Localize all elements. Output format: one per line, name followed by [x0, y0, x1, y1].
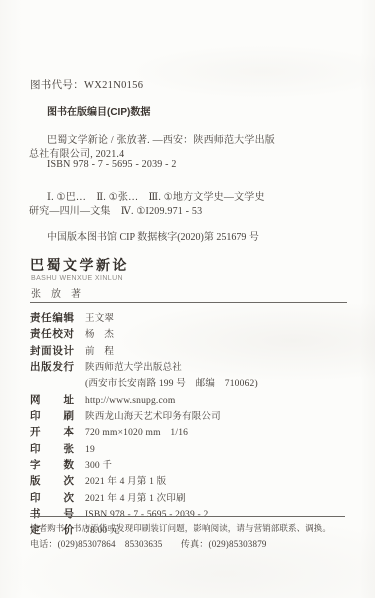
colophon-row: 网址http://www.snupg.com — [30, 392, 350, 408]
copyright-page: 图书代号：WX21N0156 图书在版编目(CIP)数据 巴蜀文学新论 / 张放… — [0, 0, 375, 598]
colophon-value: 前 程 — [85, 347, 114, 357]
colophon-value: 杨 杰 — [85, 330, 114, 340]
colophon-value: 2021 年 4 月第 1 版 — [85, 477, 166, 487]
colophon-row: 书号ISBN 978 - 7 - 5695 - 2039 - 2 — [30, 506, 350, 522]
colophon-row: 责任编辑王文翠 — [30, 310, 350, 326]
colophon-value: 720 mm×1020 mm 1/16 — [85, 428, 188, 438]
colophon-list: 责任编辑王文翠 责任校对杨 杰 封面设计前 程 出版发行陕西师范大学出版总社 (… — [30, 310, 350, 539]
cip-line: 巴蜀文学新论 / 张放著. —西安：陕西师范大学出版 — [47, 131, 275, 146]
colophon-label: 开本 — [30, 425, 74, 439]
colophon-row: 印次2021 年 4 月第 1 次印刷 — [30, 490, 350, 506]
colophon-row: 封面设计前 程 — [30, 343, 350, 359]
cip-line: ISBN 978 - 7 - 5695 - 2039 - 2 — [47, 159, 177, 170]
colophon-value: 陕西师范大学出版总社 — [85, 363, 182, 373]
cip-classification-line: 研究—四川—文集 Ⅳ. ①I209.971 - 53 — [29, 202, 202, 217]
colophon-value: 王文翠 — [85, 314, 114, 324]
colophon-value: 19 — [85, 445, 95, 455]
colophon-label: 印张 — [30, 442, 74, 456]
colophon-label: 印次 — [30, 491, 74, 505]
colophon-row: 字数300 千 — [30, 457, 350, 473]
colophon-label: 书号 — [30, 507, 74, 521]
colophon-label: 责任编辑 — [30, 311, 74, 325]
cip-record-number: 中国版本图书馆 CIP 数据核字(2020)第 251679 号 — [47, 228, 259, 243]
book-title-pinyin: BASHU WENXUE XINLUN — [31, 275, 123, 282]
colophon-label: 网址 — [30, 393, 74, 407]
colophon-label: 字数 — [30, 458, 74, 472]
cip-header: 图书在版编目(CIP)数据 — [47, 103, 150, 118]
divider-bottom — [30, 516, 345, 517]
divider-top — [30, 302, 347, 303]
colophon-row: 出版发行陕西师范大学出版总社 — [30, 359, 350, 375]
contact-line: 电话：(029)85307864 85303635 传真：(029)853038… — [30, 537, 267, 550]
book-title: 巴蜀文学新论 — [30, 255, 129, 275]
book-author: 张 放 著 — [31, 285, 81, 300]
colophon-row: (西安市长安南路 199 号 邮编 710062) — [30, 375, 350, 391]
colophon-row: 开本720 mm×1020 mm 1/16 — [30, 424, 350, 440]
colophon-row: 版次2021 年 4 月第 1 版 — [30, 473, 350, 489]
colophon-label: 印刷 — [30, 409, 74, 423]
colophon-value: 2021 年 4 月第 1 次印刷 — [85, 494, 186, 504]
cip-classification-line: Ⅰ. ①巴… Ⅱ. ①张… Ⅲ. ①地方文学史—文学史 — [47, 188, 265, 203]
colophon-row: 印张19 — [30, 441, 350, 457]
cip-line: 总社有限公司, 2021.4 — [29, 145, 124, 160]
colophon-row: 责任校对杨 杰 — [30, 326, 350, 342]
colophon-row: 印刷陕西龙山海天艺术印务有限公司 — [30, 408, 350, 424]
colophon-value: http://www.snupg.com — [85, 396, 175, 406]
colophon-label: 版次 — [30, 474, 74, 488]
colophon-value: 陕西龙山海天艺术印务有限公司 — [85, 412, 221, 422]
book-code: 图书代号：WX21N0156 — [30, 77, 143, 92]
colophon-value: 300 千 — [85, 461, 112, 471]
reader-notice: 读者购书、书店添货或发现印刷装订问题，影响阅读，请与营销部联系、调换。 — [30, 522, 331, 534]
colophon-label: 责任校对 — [30, 327, 74, 341]
colophon-label: 出版发行 — [30, 360, 74, 374]
colophon-label: 封面设计 — [30, 344, 74, 358]
colophon-value: (西安市长安南路 199 号 邮编 710062) — [85, 379, 258, 389]
